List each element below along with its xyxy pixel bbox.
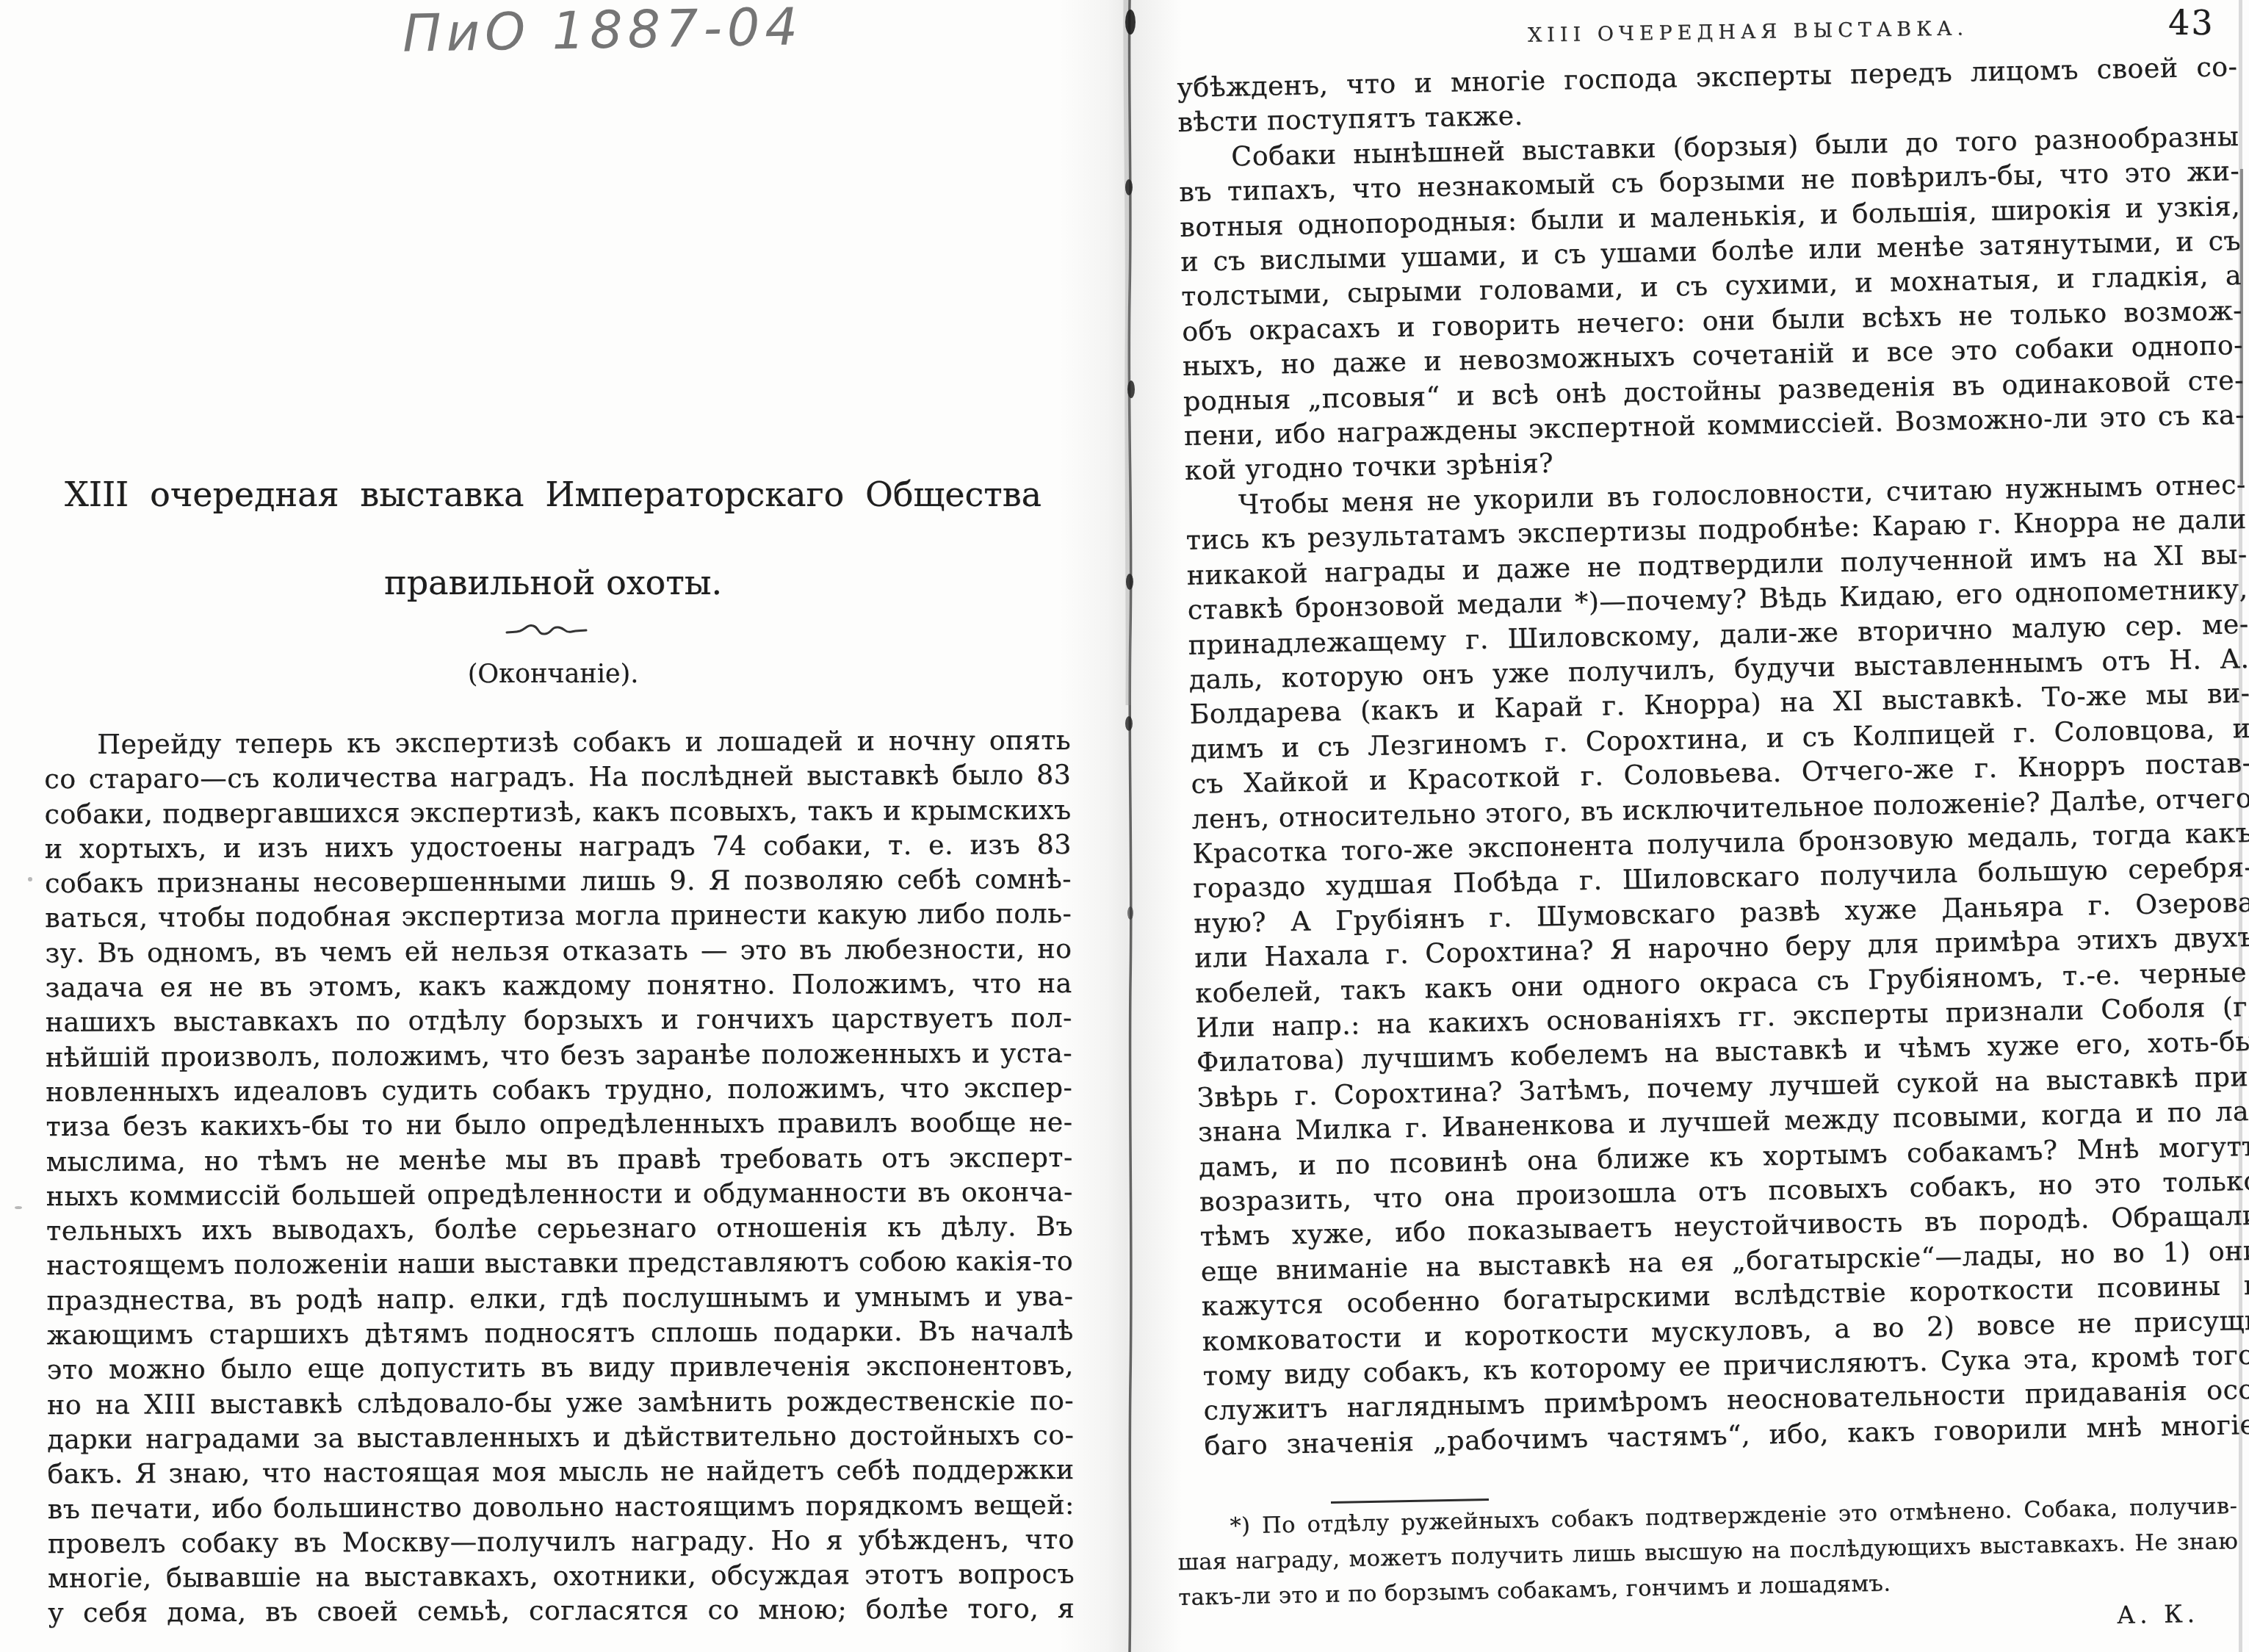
text-line: и хортыхъ, и изъ нихъ удостоены наградъ … — [45, 827, 1072, 866]
text-line: въ печати, ибо большинство довольно наст… — [48, 1487, 1075, 1526]
text-line: тельныхъ ихъ выводахъ, болѣе серьезнаго … — [46, 1209, 1073, 1248]
section-subtitle: (Окончаніе). — [65, 660, 1042, 689]
text-line: новленныхъ идеаловъ судить собакъ трудно… — [46, 1070, 1072, 1109]
text-line: со стараго—съ количества наградъ. На пос… — [44, 757, 1071, 796]
text-line: собаки, подвергавшихся экспертизѣ, какъ … — [44, 792, 1071, 831]
article-body-left: Перейду теперь къ экспертизѣ собакъ и ло… — [44, 723, 1075, 1631]
paper-speck — [15, 1206, 22, 1209]
text-line: собакъ признаны несовершенными лишь 9. Я… — [45, 862, 1072, 901]
footnote: *) По отдѣлу ружейныхъ собакъ подтвержде… — [1177, 1489, 2239, 1616]
text-line: но на XIII выставкѣ слѣдовало-бы уже зам… — [47, 1383, 1074, 1422]
text-line: ваться, чтобы подобная экспертиза могла … — [45, 896, 1072, 935]
spine-crease — [1096, 0, 1162, 1652]
page-number: 43 — [2168, 3, 2214, 43]
text-line: нѣйшій произволъ, положимъ, что безъ зар… — [46, 1036, 1072, 1075]
text-line: у себя дома, въ своей семьѣ, согласятся … — [48, 1591, 1075, 1630]
article-body-right: убѣжденъ, что и многіе господа эксперты … — [1177, 49, 2249, 1463]
running-header: XIII ОЧЕРЕДНАЯ ВЫСТАВКА. — [1256, 12, 2240, 51]
text-line: нашихъ выставкахъ по отдѣлу борзыхъ и го… — [46, 1000, 1072, 1039]
text-line: зу. Въ одномъ, въ чемъ ей нельзя отказат… — [45, 931, 1072, 970]
text-line: провелъ собаку въ Москву—получилъ наград… — [48, 1522, 1075, 1561]
text-line: это можно было еще допустить въ виду при… — [47, 1348, 1074, 1387]
text-line: мыслима, но тѣмъ не менѣе мы въ правѣ тр… — [46, 1139, 1072, 1178]
article-title-line1: XIII очередная выставка Императорскаго О… — [65, 475, 1042, 514]
text-line: празднества, въ родѣ напр. елки, гдѣ пос… — [46, 1279, 1073, 1318]
footnote-rule — [1331, 1498, 1489, 1504]
text-line: жающимъ старшихъ дѣтямъ подносятъ сплошь… — [47, 1313, 1074, 1352]
scanned-book-spread: { "colors": { "paper": "#fdfdfc", "ink":… — [0, 0, 2249, 1652]
text-line: ныхъ коммиссій большей опредѣленности и … — [46, 1175, 1073, 1213]
paper-speck — [28, 877, 32, 881]
text-line: настоящемъ положеніи наши выставки предс… — [46, 1244, 1073, 1283]
text-line: бакъ. Я знаю, что настоящая моя мысль не… — [47, 1452, 1074, 1491]
text-line: многіе, бывавшіе на выставкахъ, охотники… — [48, 1557, 1075, 1595]
text-line: тиза безъ какихъ-бы то ни было опредѣлен… — [46, 1105, 1072, 1144]
ornament-divider — [505, 621, 588, 641]
text-line: задача ея не въ этомъ, какъ каждому поня… — [45, 966, 1072, 1005]
text-line: Перейду теперь къ экспертизѣ собакъ и ло… — [44, 723, 1071, 762]
text-line: дарки наградами за выставленныхъ и дѣйст… — [47, 1418, 1074, 1457]
footnote-signature: А. К. — [2117, 1599, 2200, 1629]
handwritten-annotation: ПиО 1887-04 — [402, 0, 803, 64]
article-title-line2: правильной охоты. — [65, 563, 1042, 602]
